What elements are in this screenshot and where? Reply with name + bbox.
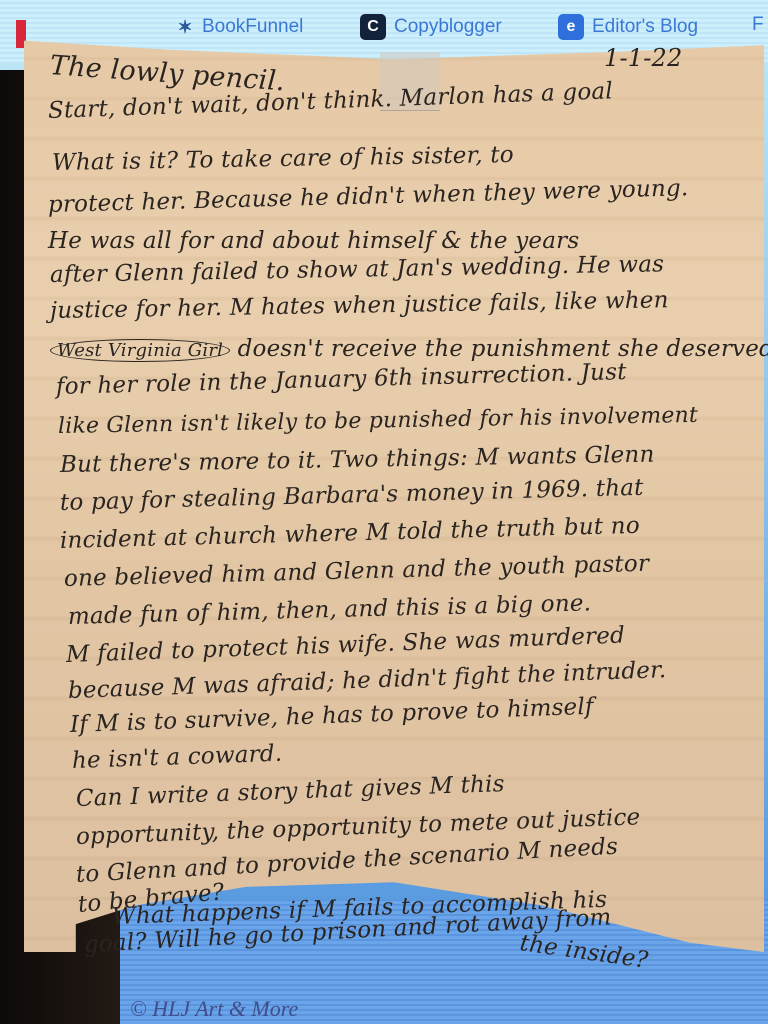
editors-blog-icon: e xyxy=(558,14,584,40)
bookfunnel-icon: ✶ xyxy=(176,14,194,40)
copyblogger-icon: C xyxy=(360,14,386,40)
watermark: © HLJ Art & More xyxy=(130,996,298,1022)
bookmark-truncated[interactable]: F xyxy=(752,14,764,36)
note-line-text: doesn't receive the punishment she deser… xyxy=(238,336,768,362)
circled-annotation: West Virginia Girl xyxy=(50,339,230,362)
bookmark-copyblogger[interactable]: C Copyblogger xyxy=(360,14,502,40)
bookmark-editors-blog[interactable]: e Editor's Blog xyxy=(558,14,698,40)
note-line-circled: West Virginia Girl doesn't receive the p… xyxy=(50,336,768,362)
bookmark-label: Copyblogger xyxy=(394,16,502,38)
bookmark-label: Editor's Blog xyxy=(592,16,698,38)
note-date: 1-1-22 xyxy=(604,44,683,72)
bookmark-label: BookFunnel xyxy=(202,16,303,38)
bookmark-label: F xyxy=(752,14,764,36)
bookmark-bookfunnel[interactable]: ✶ BookFunnel xyxy=(176,14,303,40)
note-line: He was all for and about himself & the y… xyxy=(48,228,579,254)
